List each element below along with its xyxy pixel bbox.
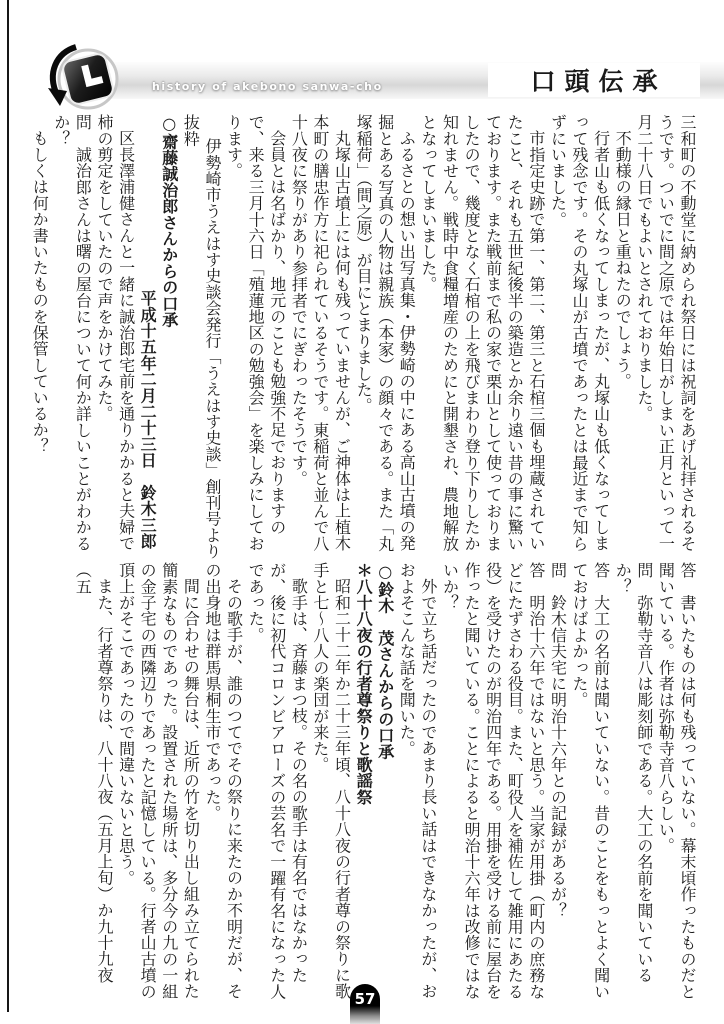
- section-heading-saito: ○齋藤誠治郎さんからの口承: [158, 114, 180, 566]
- paragraph: 昭和二十二年か二十三年頃、八十八夜の行者尊の祭りに歌手と七〜八人の楽団が来た。: [309, 562, 352, 1014]
- page-left-border: [7, 0, 9, 1012]
- paragraph: ふるさとの想い出写真集・伊勢崎の中にある高山古墳の発掘とある写真の人物は親族（本…: [353, 114, 418, 566]
- header-tagline: history of akebono sanwa-cho: [152, 80, 383, 93]
- paragraph: 行者山も低くなってしまったが、丸塚山も低くなってしまって残念です。その丸塚山が古…: [547, 114, 612, 566]
- question-continuation: もしくは何か書いたものを保管しているか？: [29, 114, 51, 566]
- paragraph: 不動様の縁日と重ねたのでしょう。: [612, 114, 634, 566]
- date-signature-line: 平成十五年二月二十三日 鈴木三郎: [137, 114, 159, 566]
- text-band-lower: 答 書いたものは何も残っていない。幕末頃作ったものだと聞いている。作者は弥勒寺音…: [30, 562, 698, 1014]
- section-heading-suzuki: ○鈴木 茂さんからの口承: [374, 562, 396, 1014]
- book-page: history of akebono sanwa-cho 口頭伝承 三和町の不動…: [0, 0, 724, 1024]
- page-number: 57: [355, 990, 376, 1008]
- text-band-upper: 三和町の不動堂に納められ祭日には祝詞をあげ礼拝されるそうです。ついでに間之原では…: [30, 114, 698, 566]
- answer-paragraph: 答 明治十六年ではないと思う。当家が用掛（町内の庶務などにたずさわる役目。また、…: [439, 562, 547, 1014]
- paragraph: 市指定史跡で第一、第二、第三と石棺三個も埋蔵されていたこと、それも五世紀後半の築…: [417, 114, 547, 566]
- question-paragraph: 問 弥勒寺音八は彫刻師である。大工の名前を聞いているか？: [612, 562, 655, 1014]
- question-paragraph: 問 誠治郎さんは曙の屋台について何か詳しいことがわかるか？: [50, 114, 93, 566]
- page-title: 口頭伝承: [521, 62, 666, 98]
- answer-paragraph: 答 書いたものは何も残っていない。幕末頃作ったものだと聞いている。作者は弥勒寺音…: [655, 562, 698, 1014]
- section-subheading-festival: ＊八十八夜の行者尊祭りと歌謡祭: [353, 562, 375, 1014]
- paragraph: 間に合わせの舞台は、近所の竹を切り出し組み立てられた簡素なものであった。設置され…: [115, 562, 201, 1014]
- clock-arrow-logo-icon: [46, 42, 124, 124]
- paragraph: 歌手は、斉藤まつ枝。その名の歌手は有名ではなかったが、後に初代コロンビアローズの…: [245, 562, 310, 1014]
- paragraph: 三和町の不動堂に納められ祭日には祝詞をあげ礼拝されるそうです。ついでに間之原では…: [633, 114, 698, 566]
- paragraph: その歌手が、誰のつてでその祭りに来たのか不明だが、その出身地は群馬県桐生市であっ…: [201, 562, 244, 1014]
- question-paragraph: 問 鈴木信夫宅に明治十六年との記録があるが？: [547, 562, 569, 1014]
- page-title-box: 口頭伝承: [488, 63, 700, 97]
- answer-paragraph: 答 大工の名前は聞いていない。昔のことをもっとよく聞いておけばよかった。: [568, 562, 611, 1014]
- paragraph: 丸塚山古墳上には何も残っていませんが、ご神体は上植木本町の膳忠作方に祀られている…: [288, 114, 353, 566]
- paragraph: 会員とは名ばかり、地元のことも勉強不足でおりますので、来る三月十六日「殖蓮地区の…: [223, 114, 288, 566]
- page-number-badge: 57: [350, 984, 380, 1024]
- paragraph: 外で立ち話だったのであまり長い話はできなかったが、おおよそこんな話を聞いた。: [396, 562, 439, 1014]
- attribution-line: 伊勢崎市うえはす史談会発行「うえはす史談」創刊号より抜粋: [180, 114, 223, 566]
- paragraph: 区長澤浦健さんと一緒に誠治郎宅前を通りかかると夫婦で柿の剪定をしていたので声をか…: [93, 114, 136, 566]
- paragraph: また、行者尊祭りは、八十八夜（五月上旬）か九十九夜（五: [72, 562, 115, 1014]
